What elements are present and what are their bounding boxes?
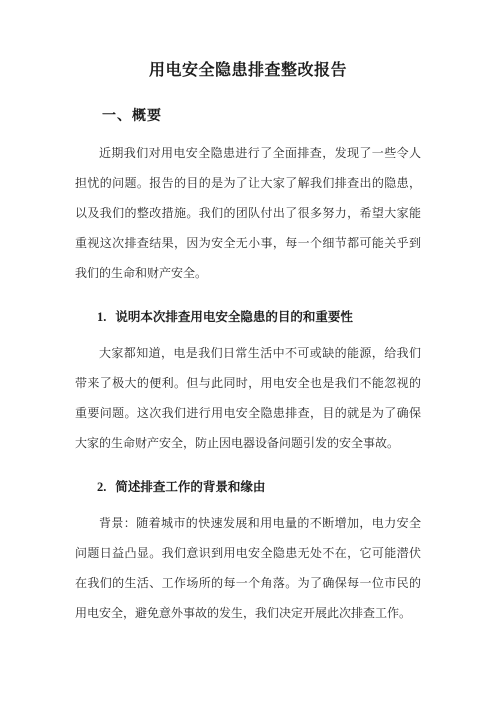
overview-paragraph: 近期我们对用电安全隐患进行了全面排查，发现了一些令人担忧的问题。报告的目的是为了… — [75, 138, 421, 288]
item-1-paragraph: 大家都知道，电是我们日常生活中不可或缺的能源，给我们带来了极大的便利。但与此同时… — [75, 338, 421, 458]
numbered-heading-1: 1.说明本次排查用电安全隐患的目的和重要性 — [97, 306, 421, 328]
heading-2-text: 简述排查工作的背景和缘由 — [115, 480, 265, 494]
section-heading-overview: 一、概要 — [102, 106, 421, 128]
heading-1-text: 说明本次排查用电安全隐患的目的和重要性 — [115, 310, 353, 324]
document-title: 用电安全隐患排查整改报告 — [75, 58, 421, 84]
heading-1-number: 1. — [97, 306, 106, 328]
heading-2-number: 2. — [97, 476, 106, 498]
item-2-paragraph: 背景：随着城市的快速发展和用电量的不断增加，电力安全问题日益凸显。我们意识到用电… — [75, 508, 421, 628]
numbered-heading-2: 2.简述排查工作的背景和缘由 — [97, 476, 421, 498]
document-page: 用电安全隐患排查整改报告 一、概要 近期我们对用电安全隐患进行了全面排查，发现了… — [0, 0, 500, 707]
